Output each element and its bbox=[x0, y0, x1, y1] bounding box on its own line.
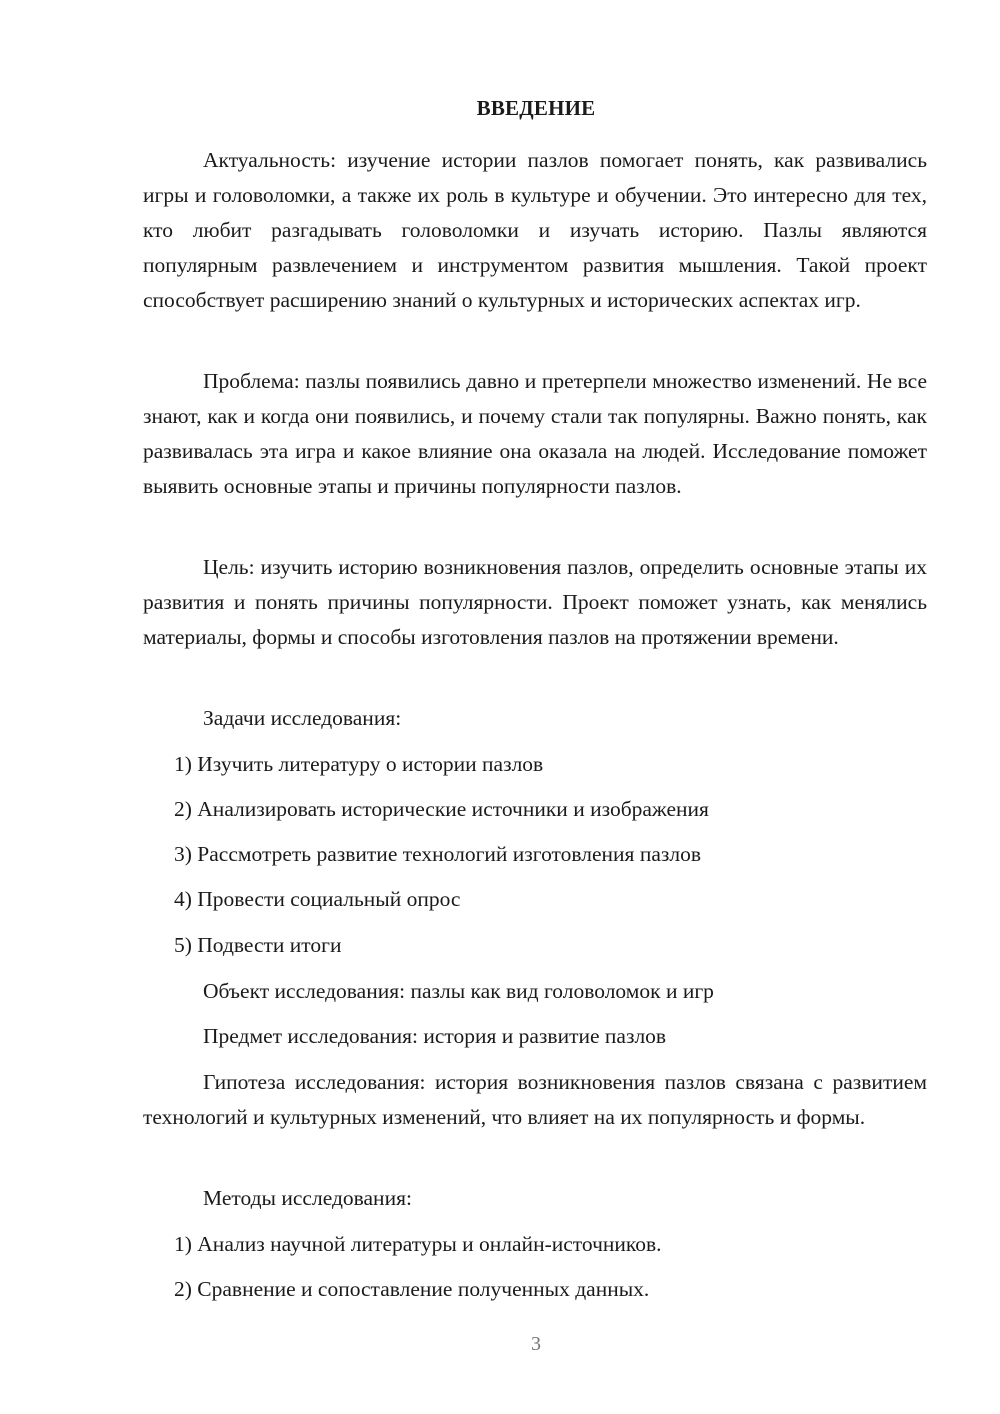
research-object: Объект исследования: пазлы как вид голов… bbox=[203, 974, 714, 1009]
research-subject: Предмет исследования: история и развитие… bbox=[203, 1019, 666, 1054]
paragraph-relevance: Актуальность: изучение истории пазлов по… bbox=[143, 143, 927, 318]
task-item-3: 3) Рассмотреть развитие технологий изгот… bbox=[174, 837, 701, 872]
paragraph-problem-text: Проблема: пазлы появились давно и претер… bbox=[143, 369, 927, 498]
task-item-5: 5) Подвести итоги bbox=[174, 928, 342, 963]
method-item-2: 2) Сравнение и сопоставление полученных … bbox=[174, 1272, 649, 1307]
method-item-1: 1) Анализ научной литературы и онлайн-ис… bbox=[174, 1227, 662, 1262]
page-title: ВВЕДЕНИЕ bbox=[0, 96, 1000, 121]
task-item-4: 4) Провести социальный опрос bbox=[174, 882, 460, 917]
document-page: ВВЕДЕНИЕ Актуальность: изучение истории … bbox=[0, 0, 1000, 1414]
paragraph-goal-text: Цель: изучить историю возникновения пазл… bbox=[143, 555, 927, 649]
task-item-1: 1) Изучить литературу о истории пазлов bbox=[174, 747, 543, 782]
paragraph-hypothesis: Гипотеза исследования: история возникнов… bbox=[143, 1065, 927, 1135]
paragraph-problem: Проблема: пазлы появились давно и претер… bbox=[143, 364, 927, 504]
task-item-2: 2) Анализировать исторические источники … bbox=[174, 792, 709, 827]
paragraph-relevance-text: Актуальность: изучение истории пазлов по… bbox=[143, 148, 927, 312]
methods-heading: Методы исследования: bbox=[203, 1181, 412, 1216]
paragraph-hypothesis-text: Гипотеза исследования: история возникнов… bbox=[143, 1070, 927, 1129]
page-number: 3 bbox=[0, 1333, 1000, 1356]
tasks-heading: Задачи исследования: bbox=[203, 701, 401, 736]
paragraph-goal: Цель: изучить историю возникновения пазл… bbox=[143, 550, 927, 655]
